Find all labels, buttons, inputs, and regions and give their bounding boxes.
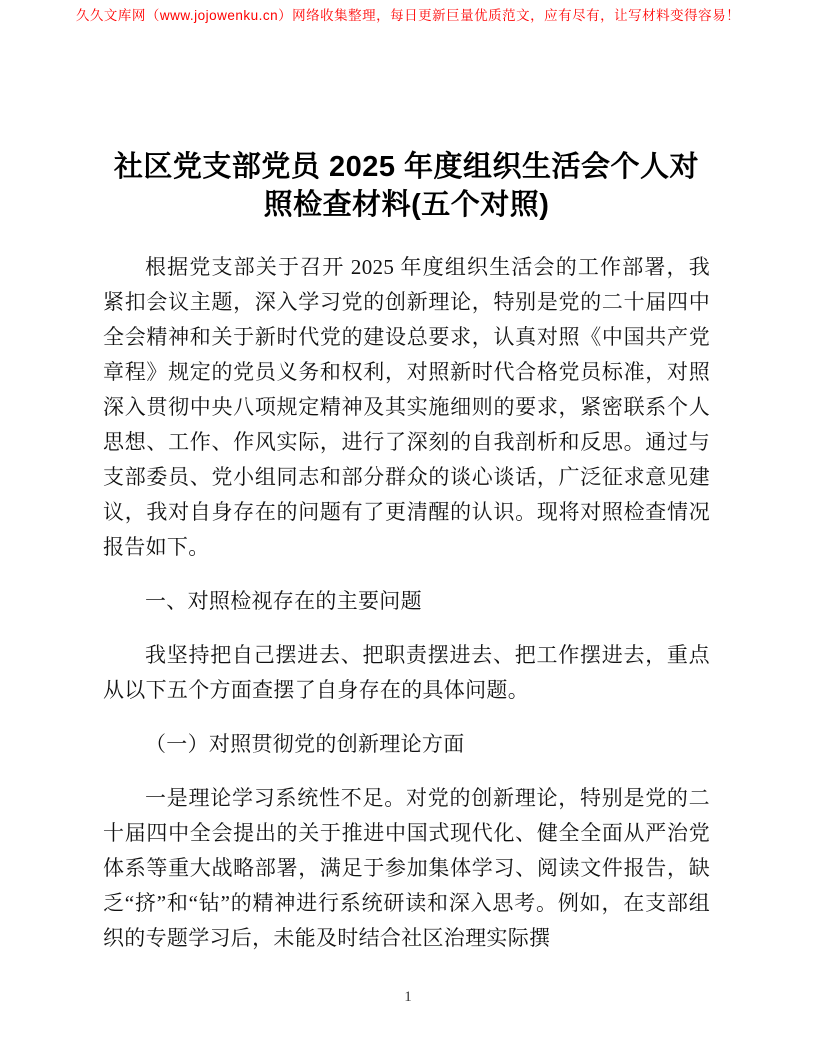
section-heading-1: 一、对照检视存在的主要问题 xyxy=(103,584,710,619)
document-body: 社区党支部党员 2025 年度组织生活会个人对照检查材料(五个对照) 根据党支部… xyxy=(103,148,710,975)
document-title: 社区党支部党员 2025 年度组织生活会个人对照检查材料(五个对照) xyxy=(103,148,710,224)
paragraph-problem-1: 一是理论学习系统性不足。对党的创新理论，特别是党的二十届四中全会提出的关于推进中… xyxy=(103,781,710,956)
page-number: 1 xyxy=(0,988,816,1006)
site-watermark-header: 久久文库网（www.jojowenku.cn）网络收集整理，每日更新巨量优质范文… xyxy=(0,7,816,25)
paragraph-intro: 根据党支部关于召开 2025 年度组织生活会的工作部署，我紧扣会议主题，深入学习… xyxy=(103,250,710,565)
document-page: 久久文库网（www.jojowenku.cn）网络收集整理，每日更新巨量优质范文… xyxy=(0,0,816,1056)
paragraph-overview: 我坚持把自己摆进去、把职责摆进去、把工作摆进去，重点从以下五个方面查摆了自身存在… xyxy=(103,638,710,708)
subsection-heading-1-1: （一）对照贯彻党的创新理论方面 xyxy=(103,727,710,762)
